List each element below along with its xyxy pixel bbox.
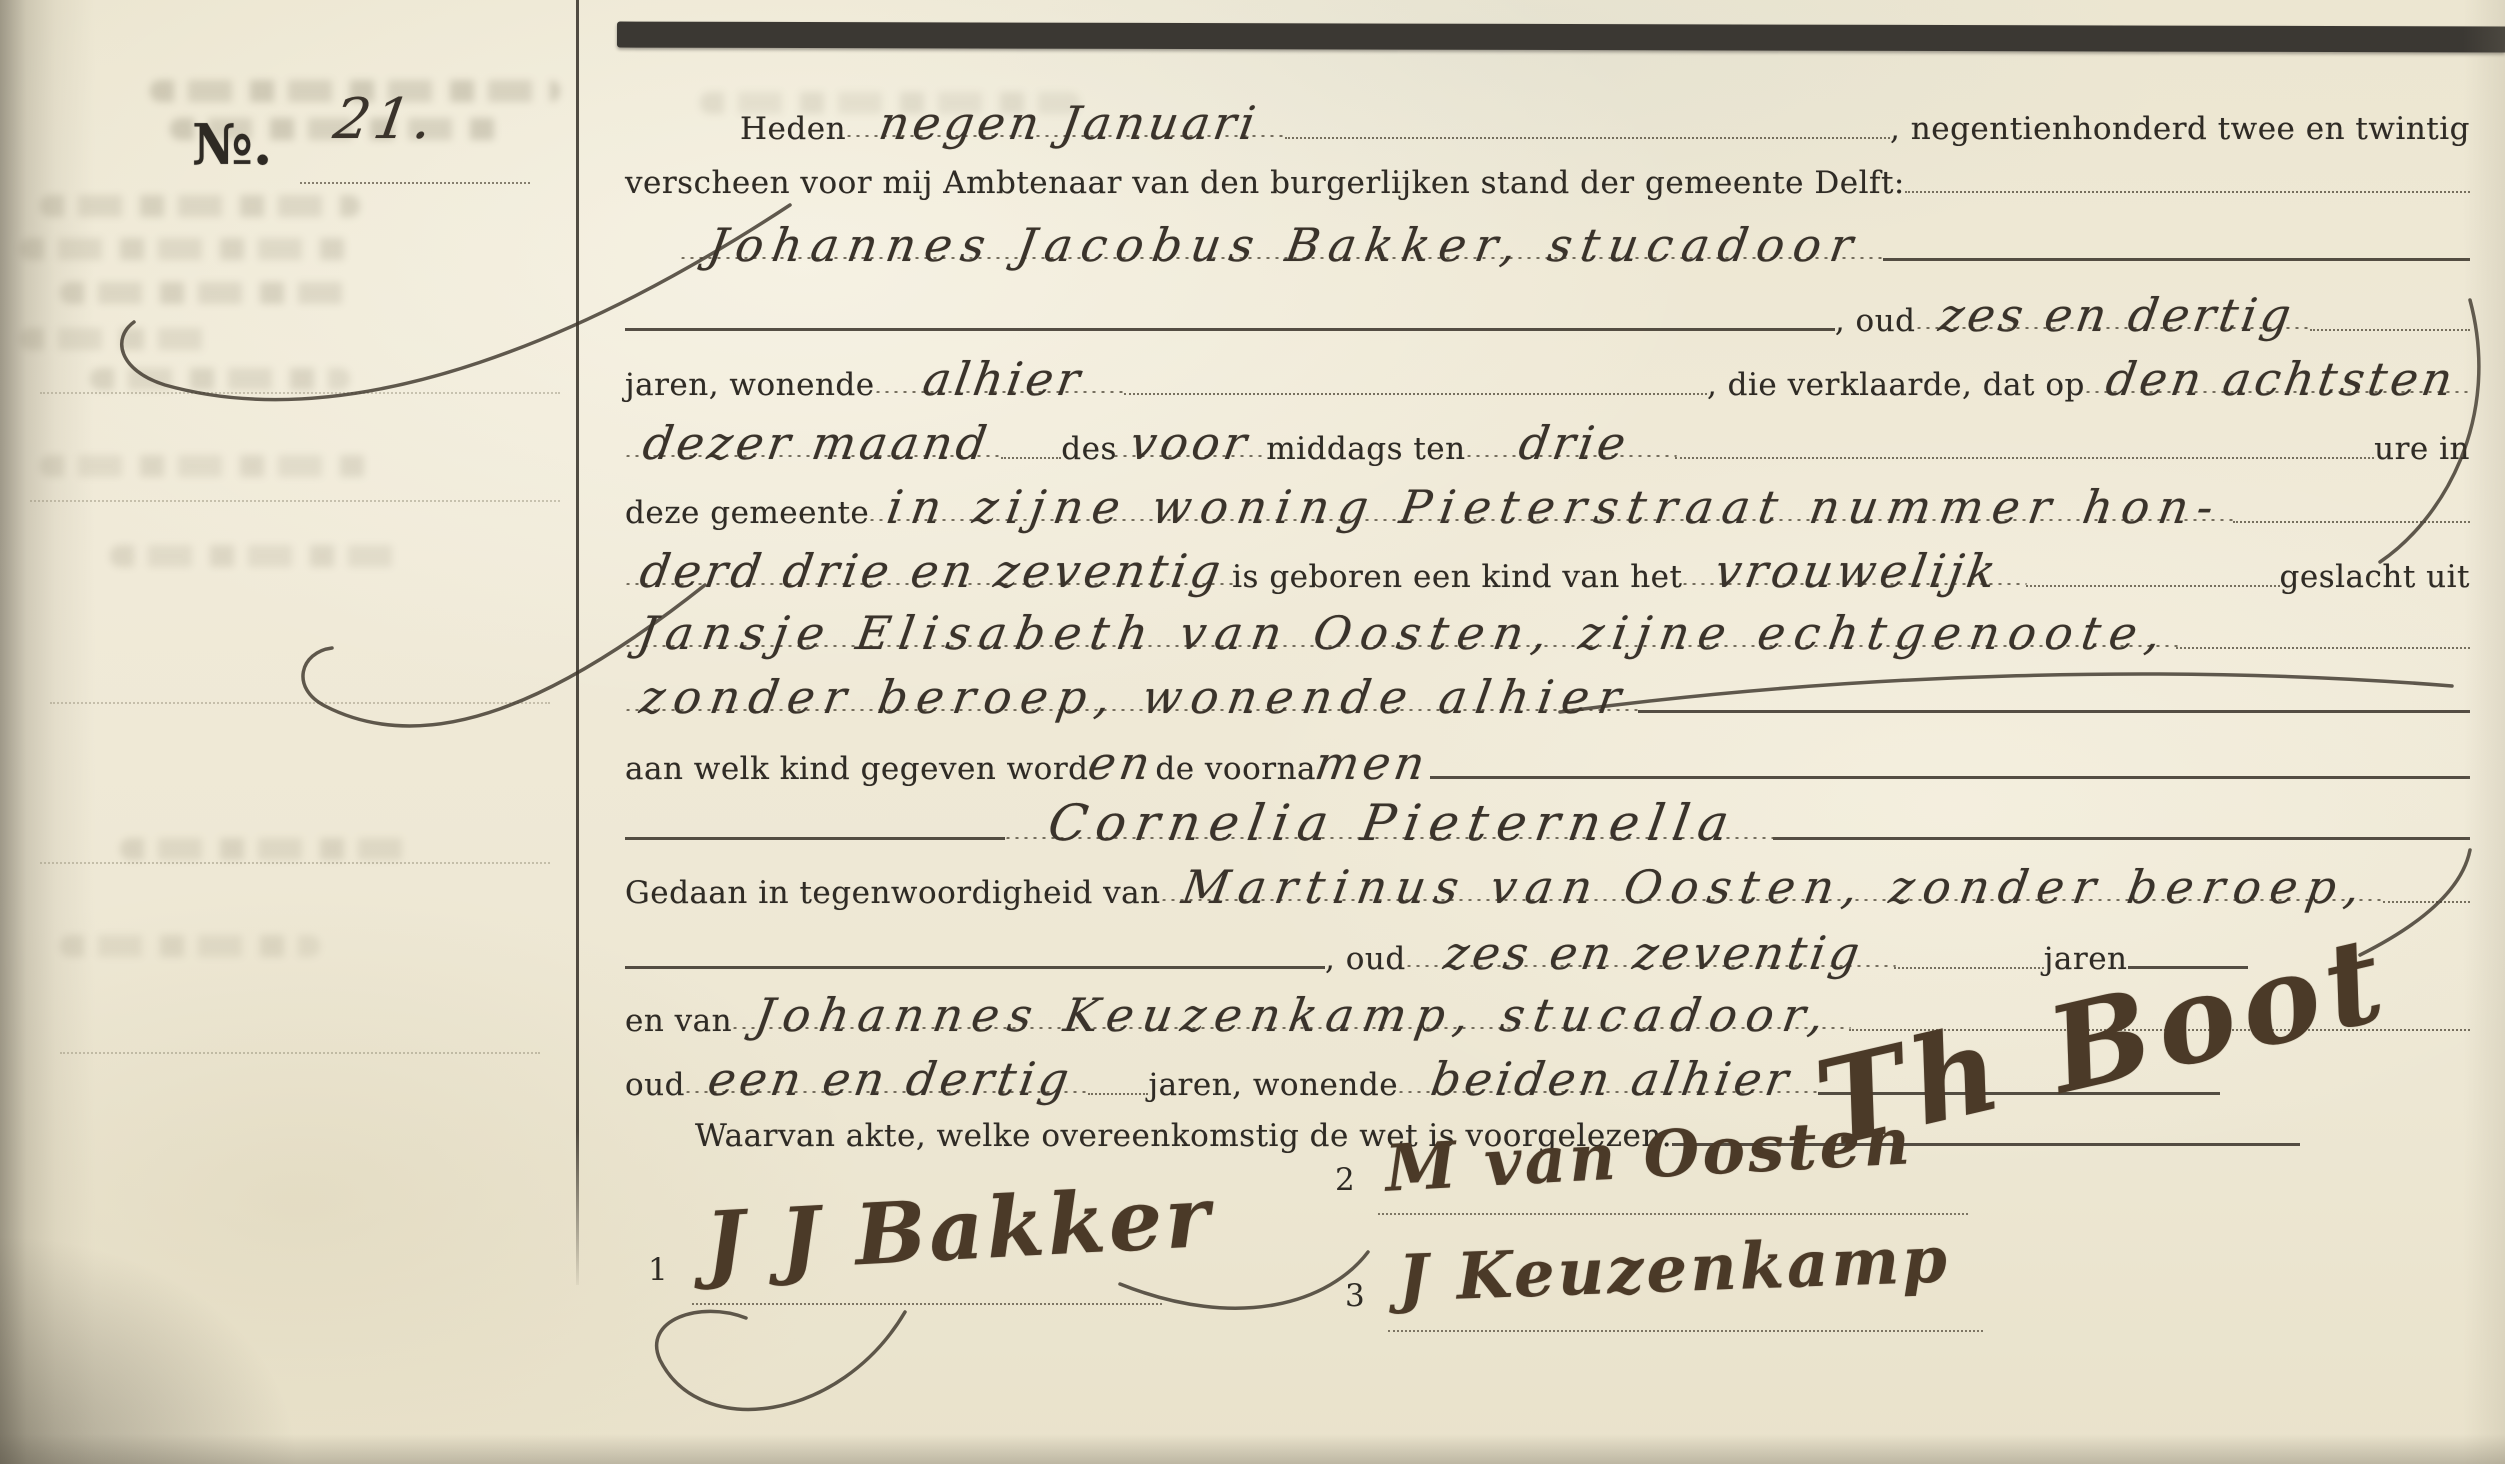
printed-middags-ten: middags ten xyxy=(1266,431,1465,467)
dotted-fill-line xyxy=(2383,901,2470,903)
act-line-witness1: Gedaan in tegenwoordigheid van Martinus … xyxy=(625,864,2470,911)
solid-rule-line xyxy=(625,328,1835,331)
dotted-fill-line xyxy=(1124,393,1707,395)
entry-birth-hour: drie xyxy=(1466,420,1683,466)
bleed-through-text xyxy=(20,328,220,350)
margin-ghost-rule xyxy=(30,500,560,502)
entry-child-sex: vrouwelijk xyxy=(1682,548,2033,594)
form-vertical-rule xyxy=(576,0,579,1285)
entry-witness1-age: zes en zeventig xyxy=(1406,930,1901,976)
page-left-edge-shadow xyxy=(0,0,95,1464)
adjacent-page-edge-bar xyxy=(617,22,2505,53)
printed-gedaan: Gedaan in tegenwoordigheid van xyxy=(625,875,1161,911)
dotted-fill-line xyxy=(2176,647,2470,649)
printed-ure-in: ure in xyxy=(2374,431,2470,467)
printed-heden: Heden xyxy=(740,111,846,147)
act-line-sex: derd drie en zeventig is geboren een kin… xyxy=(625,548,2470,595)
signature1-number: 1 xyxy=(648,1252,668,1288)
solid-rule-line xyxy=(625,966,1325,969)
birth-certificate-scan: №. 21. Heden negen Januari , negentienho… xyxy=(0,0,2505,1464)
entry-birth-address-cont: derd drie en zeventig xyxy=(625,548,1239,594)
printed-geslacht-uit: geslacht uit xyxy=(2280,559,2470,595)
act-line-mother: Jansje Elisabeth van Oosten, zijne echtg… xyxy=(625,610,2470,656)
entry-residence: alhier xyxy=(875,356,1132,402)
entry-date: negen Januari xyxy=(846,100,1292,146)
printed-deze-gemeente: deze gemeente xyxy=(625,495,869,531)
dotted-fill-line xyxy=(1088,1093,1148,1095)
page-corner-shadow xyxy=(0,1234,300,1464)
dotted-fill-line xyxy=(2310,329,2470,331)
entry-witnesses-residence: beiden alhier xyxy=(1398,1056,1825,1102)
entry-worden-suffix: en xyxy=(1085,740,1157,786)
printed-registrar-clause: verscheen voor mij Ambtenaar van den bur… xyxy=(625,165,1905,201)
dotted-fill-line xyxy=(1675,457,2374,459)
act-line-declarant-age: , oud zes en dertig xyxy=(625,292,2470,339)
entry-birth-address: in zijne woning Pieterstraat nummer hon- xyxy=(869,484,2240,530)
entry-declarant-age: zes en dertig xyxy=(1916,292,2318,338)
bleed-through-text xyxy=(90,368,350,390)
signature1-line xyxy=(692,1303,1162,1305)
printed-jaren-wonende: jaren, wonende xyxy=(625,367,875,403)
printed-oud3: oud xyxy=(625,1067,685,1103)
act-line-birth-time: dezer maand des voor middags ten drie ur… xyxy=(625,420,2470,467)
entry-child-name: Cornelia Pieternella xyxy=(1005,798,1781,848)
act-line-mother-occupation: zonder beroep, wonende alhier xyxy=(625,674,2470,720)
entry-mother-name: Jansje Elisabeth van Oosten, zijne echtg… xyxy=(625,610,2183,656)
dotted-fill-line xyxy=(1285,137,1890,139)
printed-des: des xyxy=(1061,431,1117,467)
printed-en-van: en van xyxy=(625,1003,732,1039)
signature2-number: 2 xyxy=(1335,1162,1355,1198)
signature-declarant: J J Bakker xyxy=(703,1167,1215,1292)
act-number-label: №. xyxy=(192,112,272,178)
printed-oud: , oud xyxy=(1835,303,1916,339)
act-number-dotted-line xyxy=(300,182,530,184)
printed-jaren-wonende2: jaren, wonende xyxy=(1148,1067,1398,1103)
signature-witness2: J Keuzenkamp xyxy=(1397,1222,1951,1316)
dotted-fill-line xyxy=(1905,191,2470,193)
printed-oud2: , oud xyxy=(1325,941,1406,977)
entry-birth-month: dezer maand xyxy=(625,420,1009,466)
signature2-line xyxy=(1378,1213,1968,1215)
entry-witness2-name: Johannes Keuzenkamp, stucadoor, xyxy=(732,992,1856,1038)
solid-rule-line xyxy=(1638,710,2470,713)
act-line-child-name: Cornelia Pieternella xyxy=(625,798,2470,848)
solid-rule-line xyxy=(625,837,1005,840)
dotted-fill-line xyxy=(2233,521,2470,523)
act-line-birth-place: deze gemeente in zijne woning Pieterstra… xyxy=(625,484,2470,531)
printed-kind-gegeven: aan welk kind gegeven word xyxy=(625,751,1089,787)
act-number-value: 21. xyxy=(330,92,440,148)
bleed-through-text xyxy=(60,935,320,957)
entry-am-pm: voor xyxy=(1113,420,1268,466)
act-line-date: Heden negen Januari , negentienhonderd t… xyxy=(625,100,2470,147)
dotted-fill-line xyxy=(2026,585,2280,587)
act-line-declarant: Johannes Jacobus Bakker, stucadoor xyxy=(625,222,2470,268)
act-line-child-names-label: aan welk kind gegeven word en de voorna … xyxy=(625,740,2470,787)
margin-ghost-rule xyxy=(50,702,550,704)
signature3-number: 3 xyxy=(1345,1278,1365,1314)
entry-declarant-name: Johannes Jacobus Bakker, stucadoor xyxy=(680,222,1890,268)
printed-de-voorna: de voorna xyxy=(1155,751,1316,787)
dotted-fill-line xyxy=(1001,457,1061,459)
page-bottom-edge-shadow xyxy=(0,1434,2505,1464)
act-line-registrar: verscheen voor mij Ambtenaar van den bur… xyxy=(625,165,2470,201)
entry-witness2-age: een en dertig xyxy=(685,1056,1096,1102)
printed-geboren-kind: is geboren een kind van het xyxy=(1232,559,1682,595)
bleed-through-text xyxy=(40,455,370,477)
solid-rule-line xyxy=(1883,258,2470,261)
page-right-edge-shadow xyxy=(2463,0,2505,1464)
dotted-fill-line xyxy=(1894,967,2044,969)
bleed-through-text xyxy=(110,545,410,567)
printed-year: , negentienhonderd twee en twintig xyxy=(1890,111,2470,147)
solid-rule-line xyxy=(1773,837,2470,840)
act-line-residence-birthdate: jaren, wonende alhier , die verklaarde, … xyxy=(625,356,2470,403)
bleed-through-text xyxy=(120,838,420,860)
bleed-through-text xyxy=(40,195,360,217)
bleed-through-text xyxy=(60,282,350,304)
entry-mother-occupation: zonder beroep, wonende alhier xyxy=(625,674,1645,720)
signature3-line xyxy=(1388,1330,1983,1332)
entry-voornamen-suffix: men xyxy=(1312,740,1432,786)
margin-ghost-rule xyxy=(40,392,560,394)
margin-ghost-rule xyxy=(60,1052,540,1054)
bleed-through-text xyxy=(20,238,350,260)
entry-witness1-name: Martinus van Oosten, zonder beroep, xyxy=(1161,864,2390,910)
entry-birth-day: den achtsten xyxy=(2085,356,2477,402)
solid-rule-line xyxy=(1430,776,2470,779)
margin-ghost-rule xyxy=(40,862,550,864)
printed-verklaarde: , die verklaarde, dat op xyxy=(1707,367,2085,403)
